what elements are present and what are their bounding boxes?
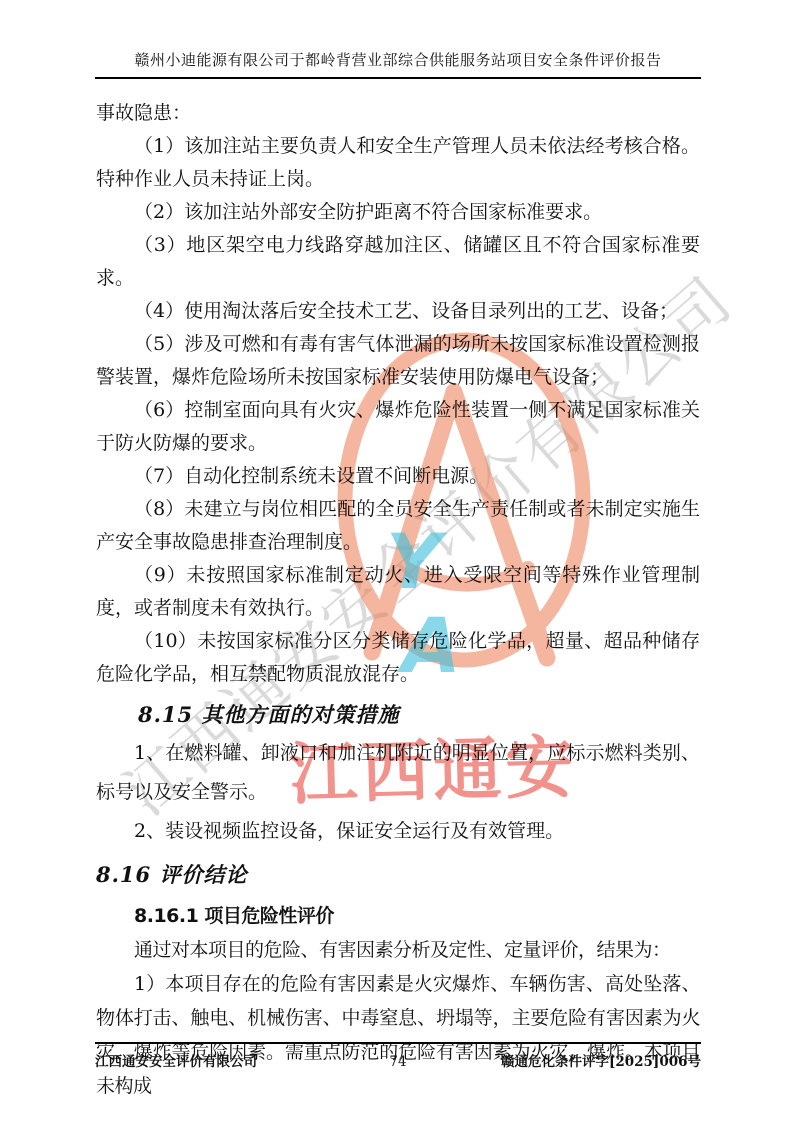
hazard-item: （9）未按照国家标准制定动火、进入受限空间等特殊作业管理制度，或者制度未有效执行…: [96, 559, 700, 625]
section-heading-8-15: 8.15 其他方面的对策措施: [96, 695, 700, 734]
measure-item: 1、在燃料罐、卸液口和加注机附近的明显位置，应标示燃料类别、标号以及安全警示。: [96, 734, 700, 812]
footer-doc-number: 赣通危化条件评字[2025]006号: [407, 1050, 701, 1070]
section-heading-8-16-1: 8.16.1 项目危险性评价: [96, 899, 700, 933]
hazard-item: （1）该加注站主要负责人和安全生产管理人员未依法经考核合格。特种作业人员未持证上…: [96, 130, 700, 196]
measure-item: 2、装设视频监控设备，保证安全运行及有效管理。: [96, 812, 700, 851]
footer-page-number: 74: [389, 1054, 406, 1070]
conclusion-paragraph: 通过对本项目的危险、有害因素分析及定性、定量评价，结果为：: [96, 933, 700, 967]
hazard-item: （6）控制室面向具有火灾、爆炸危险性装置一侧不满足国家标准关于防火防爆的要求。: [96, 394, 700, 460]
page-header-title: 赣州小迪能源有限公司于都岭背营业部综合供能服务站项目安全条件评价报告: [95, 50, 701, 79]
section-8-16-1: 8.16.1 项目危险性评价 通过对本项目的危险、有害因素分析及定性、定量评价，…: [96, 899, 700, 1103]
hazard-item: （10）未按国家标准分区分类储存危险化学品，超量、超品种储存危险化学品，相互禁配…: [96, 625, 700, 691]
conclusion-paragraph: 1）本项目存在的危险有害因素是火灾爆炸、车辆伤害、高处坠落、物体打击、触电、机械…: [96, 967, 700, 1103]
hazard-item: （4）使用淘汰落后安全技术工艺、设备目录列出的工艺、设备；: [96, 295, 700, 328]
hazard-list: 事故隐患： （1）该加注站主要负责人和安全生产管理人员未依法经考核合格。特种作业…: [96, 97, 700, 691]
document-page: 赣州小迪能源有限公司于都岭背营业部综合供能服务站项目安全条件评价报告 事故隐患：…: [0, 0, 793, 1122]
document-body: 事故隐患： （1）该加注站主要负责人和安全生产管理人员未依法经考核合格。特种作业…: [96, 97, 700, 1103]
section-8-16: 8.16 评价结论: [96, 857, 700, 893]
hazard-item: （3）地区架空电力线路穿越加注区、储罐区且不符合国家标准要求。: [96, 229, 700, 295]
hazard-item: （5）涉及可燃和有毒有害气体泄漏的场所未按国家标准设置检测报警装置，爆炸危险场所…: [96, 328, 700, 394]
section-8-15: 8.15 其他方面的对策措施 1、在燃料罐、卸液口和加注机附近的明显位置，应标示…: [96, 695, 700, 851]
paragraph-intro: 事故隐患：: [96, 97, 700, 130]
section-heading-8-16: 8.16 评价结论: [96, 857, 700, 893]
hazard-item: （7）自动化控制系统未设置不间断电源。: [96, 460, 700, 493]
page-footer: 江西通安安全评价有限公司 74 赣通危化条件评字[2025]006号: [95, 1042, 701, 1070]
hazard-item: （2）该加注站外部安全防护距离不符合国家标准要求。: [96, 196, 700, 229]
footer-company: 江西通安安全评价有限公司: [95, 1050, 389, 1070]
hazard-item: （8）未建立与岗位相匹配的全员安全生产责任制或者未制定实施生产安全事故隐患排查治…: [96, 493, 700, 559]
